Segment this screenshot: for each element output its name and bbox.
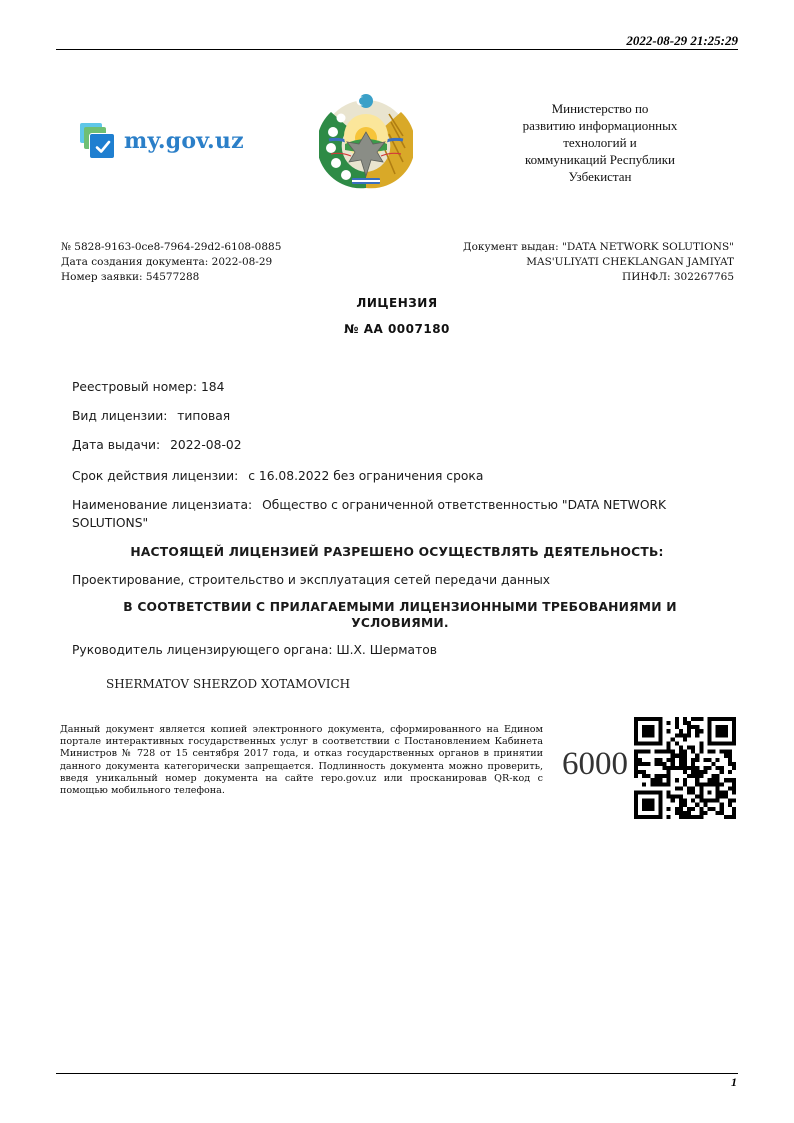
conformity-heading: В СООТВЕТСТВИИ С ПРИЛАГАЕМЫМИ ЛИЦЕНЗИОНН… bbox=[110, 599, 690, 631]
print-timestamp: 2022-08-29 21:25:29 bbox=[626, 33, 738, 49]
pinfl-label: ПИНФЛ: bbox=[622, 271, 671, 283]
validity-label: Срок действия лицензии: bbox=[72, 469, 238, 483]
ministry-line: Узбекистан bbox=[500, 168, 700, 185]
qr-code-icon bbox=[634, 717, 736, 819]
authority-head-row: Руководитель лицензирующего органа: Ш.Х.… bbox=[72, 641, 437, 659]
signer-name: SHERMATOV SHERZOD XOTAMOVICH bbox=[106, 677, 350, 691]
license-type-row: Вид лицензии: типовая bbox=[72, 407, 230, 425]
issue-date-value: 2022-08-02 bbox=[170, 438, 241, 452]
license-type-value: типовая bbox=[177, 409, 230, 423]
application-number-label: Номер заявки: bbox=[61, 271, 143, 283]
registry-number-label: Реестровый номер: bbox=[72, 380, 197, 394]
licensed-activity: Проектирование, строительство и эксплуат… bbox=[72, 571, 550, 589]
page-number: 1 bbox=[731, 1075, 737, 1090]
logo-text: my.gov.uz bbox=[124, 128, 244, 154]
authority-head-label: Руководитель лицензирующего органа: bbox=[72, 643, 333, 657]
authority-head-value: Ш.Х. Шерматов bbox=[336, 643, 437, 657]
permitted-activity-heading: НАСТОЯЩЕЙ ЛИЦЕНЗИЕЙ РАЗРЕШЕНО ОСУЩЕСТВЛЯ… bbox=[72, 544, 722, 560]
issued-to-label: Документ выдан: bbox=[463, 241, 559, 253]
issued-to-value: "DATA NETWORK SOLUTIONS" bbox=[562, 241, 734, 253]
legal-disclaimer: Данный документ является копией электрон… bbox=[60, 724, 543, 797]
ministry-line: технологий и bbox=[500, 134, 700, 151]
mygov-logo: my.gov.uz bbox=[80, 123, 244, 159]
issue-date-row: Дата выдачи: 2022-08-02 bbox=[72, 436, 242, 454]
pinfl-row: ПИНФЛ: 302267765 bbox=[463, 270, 734, 285]
ministry-line: Министерство по bbox=[500, 100, 700, 117]
registry-number-row: Реестровый номер: 184 bbox=[72, 378, 224, 396]
document-title: ЛИЦЕНЗИЯ bbox=[0, 296, 794, 310]
licensee-label: Наименование лицензиата: bbox=[72, 498, 252, 512]
document-meta: № 5828-9163-0ce8-7964-29d2-6108-0885 Дат… bbox=[61, 240, 281, 285]
validity-value: с 16.08.2022 без ограничения срока bbox=[248, 469, 483, 483]
license-type-label: Вид лицензии: bbox=[72, 409, 167, 423]
licensee-row: Наименование лицензиата: Общество с огра… bbox=[72, 496, 712, 532]
license-number: № AA 0007180 bbox=[0, 322, 794, 336]
registry-number-value: 184 bbox=[201, 380, 224, 394]
issued-to-row: Документ выдан: "DATA NETWORK SOLUTIONS" bbox=[463, 240, 734, 255]
document-id: № 5828-9163-0ce8-7964-29d2-6108-0885 bbox=[61, 240, 281, 255]
recipient-meta: Документ выдан: "DATA NETWORK SOLUTIONS"… bbox=[463, 240, 734, 285]
pinfl-value: 302267765 bbox=[674, 271, 734, 283]
ministry-line: коммуникаций Республики bbox=[500, 151, 700, 168]
qr-label: 6000 bbox=[562, 746, 628, 783]
ministry-line: развитию информационных bbox=[500, 117, 700, 134]
application-number-value: 54577288 bbox=[146, 271, 199, 283]
state-emblem-icon bbox=[319, 92, 413, 192]
creation-date-row: Дата создания документа: 2022-08-29 bbox=[61, 255, 281, 270]
creation-date-label: Дата создания документа: bbox=[61, 256, 208, 268]
issuing-ministry: Министерство по развитию информационных … bbox=[500, 100, 700, 185]
validity-row: Срок действия лицензии: с 16.08.2022 без… bbox=[72, 467, 483, 485]
footer-divider bbox=[56, 1073, 738, 1074]
header-divider bbox=[56, 49, 738, 50]
issue-date-label: Дата выдачи: bbox=[72, 438, 160, 452]
application-number-row: Номер заявки: 54577288 bbox=[61, 270, 281, 285]
checkbox-stack-icon bbox=[80, 123, 116, 159]
creation-date-value: 2022-08-29 bbox=[212, 256, 273, 268]
issued-to-line2: MAS'ULIYATI CHEKLANGAN JAMIYAT bbox=[463, 255, 734, 270]
